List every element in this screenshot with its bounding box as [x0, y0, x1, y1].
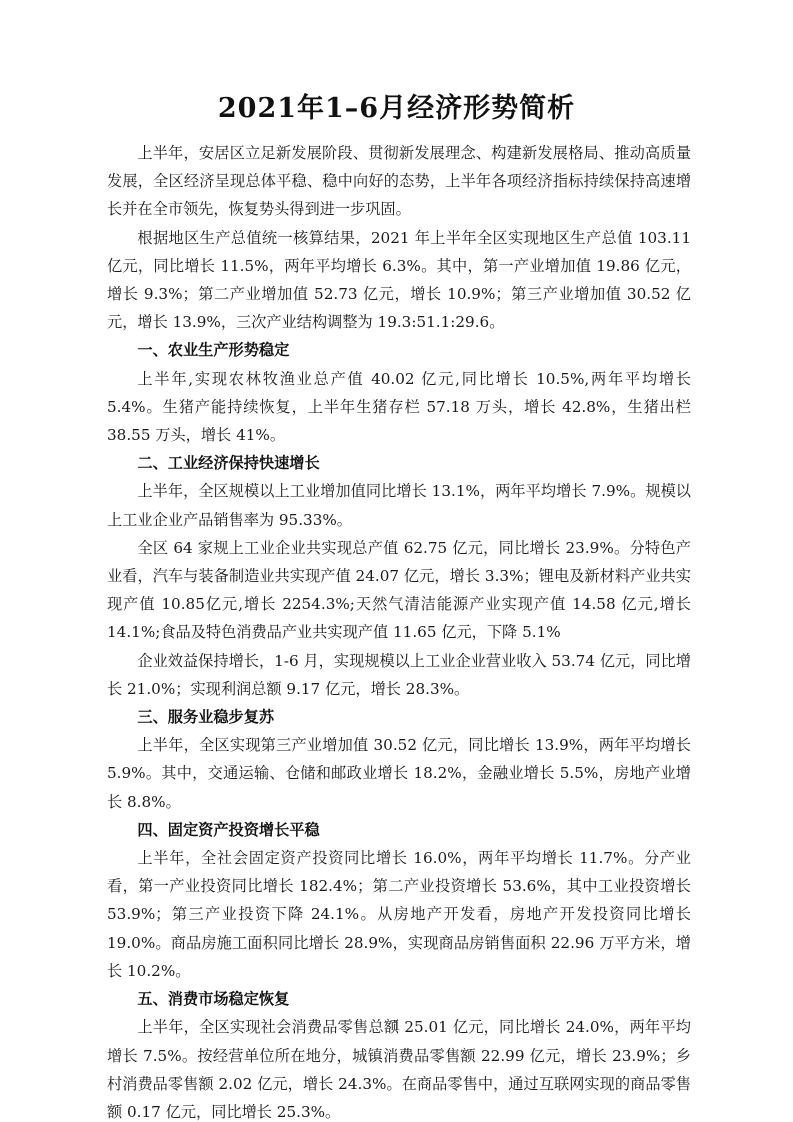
section-heading-agriculture: 一、农业生产形势稳定	[107, 336, 691, 364]
paragraph: 上半年,实现农林牧渔业总产值 40.02 亿元,同比增长 10.5%,两年平均增…	[107, 365, 691, 450]
paragraph: 全区 64 家规上工业企业共实现总产值 62.75 亿元，同比增长 23.9%。…	[107, 534, 691, 647]
intro-paragraph: 根据地区生产总值统一核算结果，2021 年上半年全区实现地区生产总值 103.1…	[107, 224, 691, 337]
document-title: 2021年1–6月经济形势简析	[0, 86, 793, 125]
intro-paragraph: 上半年，安居区立足新发展阶段、贯彻新发展理念、构建新发展格局、推动高质量发展，全…	[107, 139, 691, 224]
document-body: 上半年，安居区立足新发展阶段、贯彻新发展理念、构建新发展格局、推动高质量发展，全…	[107, 139, 691, 1122]
section-heading-investment: 四、固定资产投资增长平稳	[107, 816, 691, 844]
section-heading-consumption: 五、消费市场稳定恢复	[107, 985, 691, 1013]
paragraph: 上半年，全区实现第三产业增加值 30.52 亿元，同比增长 13.9%，两年平均…	[107, 731, 691, 816]
paragraph: 企业效益保持增长，1-6 月，实现规模以上工业企业营业收入 53.74 亿元，同…	[107, 647, 691, 703]
paragraph: 上半年，全区规模以上工业增加值同比增长 13.1%，两年平均增长 7.9%。规模…	[107, 477, 691, 533]
page-number: 1	[0, 1018, 793, 1035]
section-heading-industry: 二、工业经济保持快速增长	[107, 449, 691, 477]
document-page: 2021年1–6月经济形势简析 上半年，安居区立足新发展阶段、贯彻新发展理念、构…	[0, 0, 793, 1122]
section-heading-services: 三、服务业稳步复苏	[107, 703, 691, 731]
paragraph: 上半年，全社会固定资产投资同比增长 16.0%，两年平均增长 11.7%。分产业…	[107, 844, 691, 985]
